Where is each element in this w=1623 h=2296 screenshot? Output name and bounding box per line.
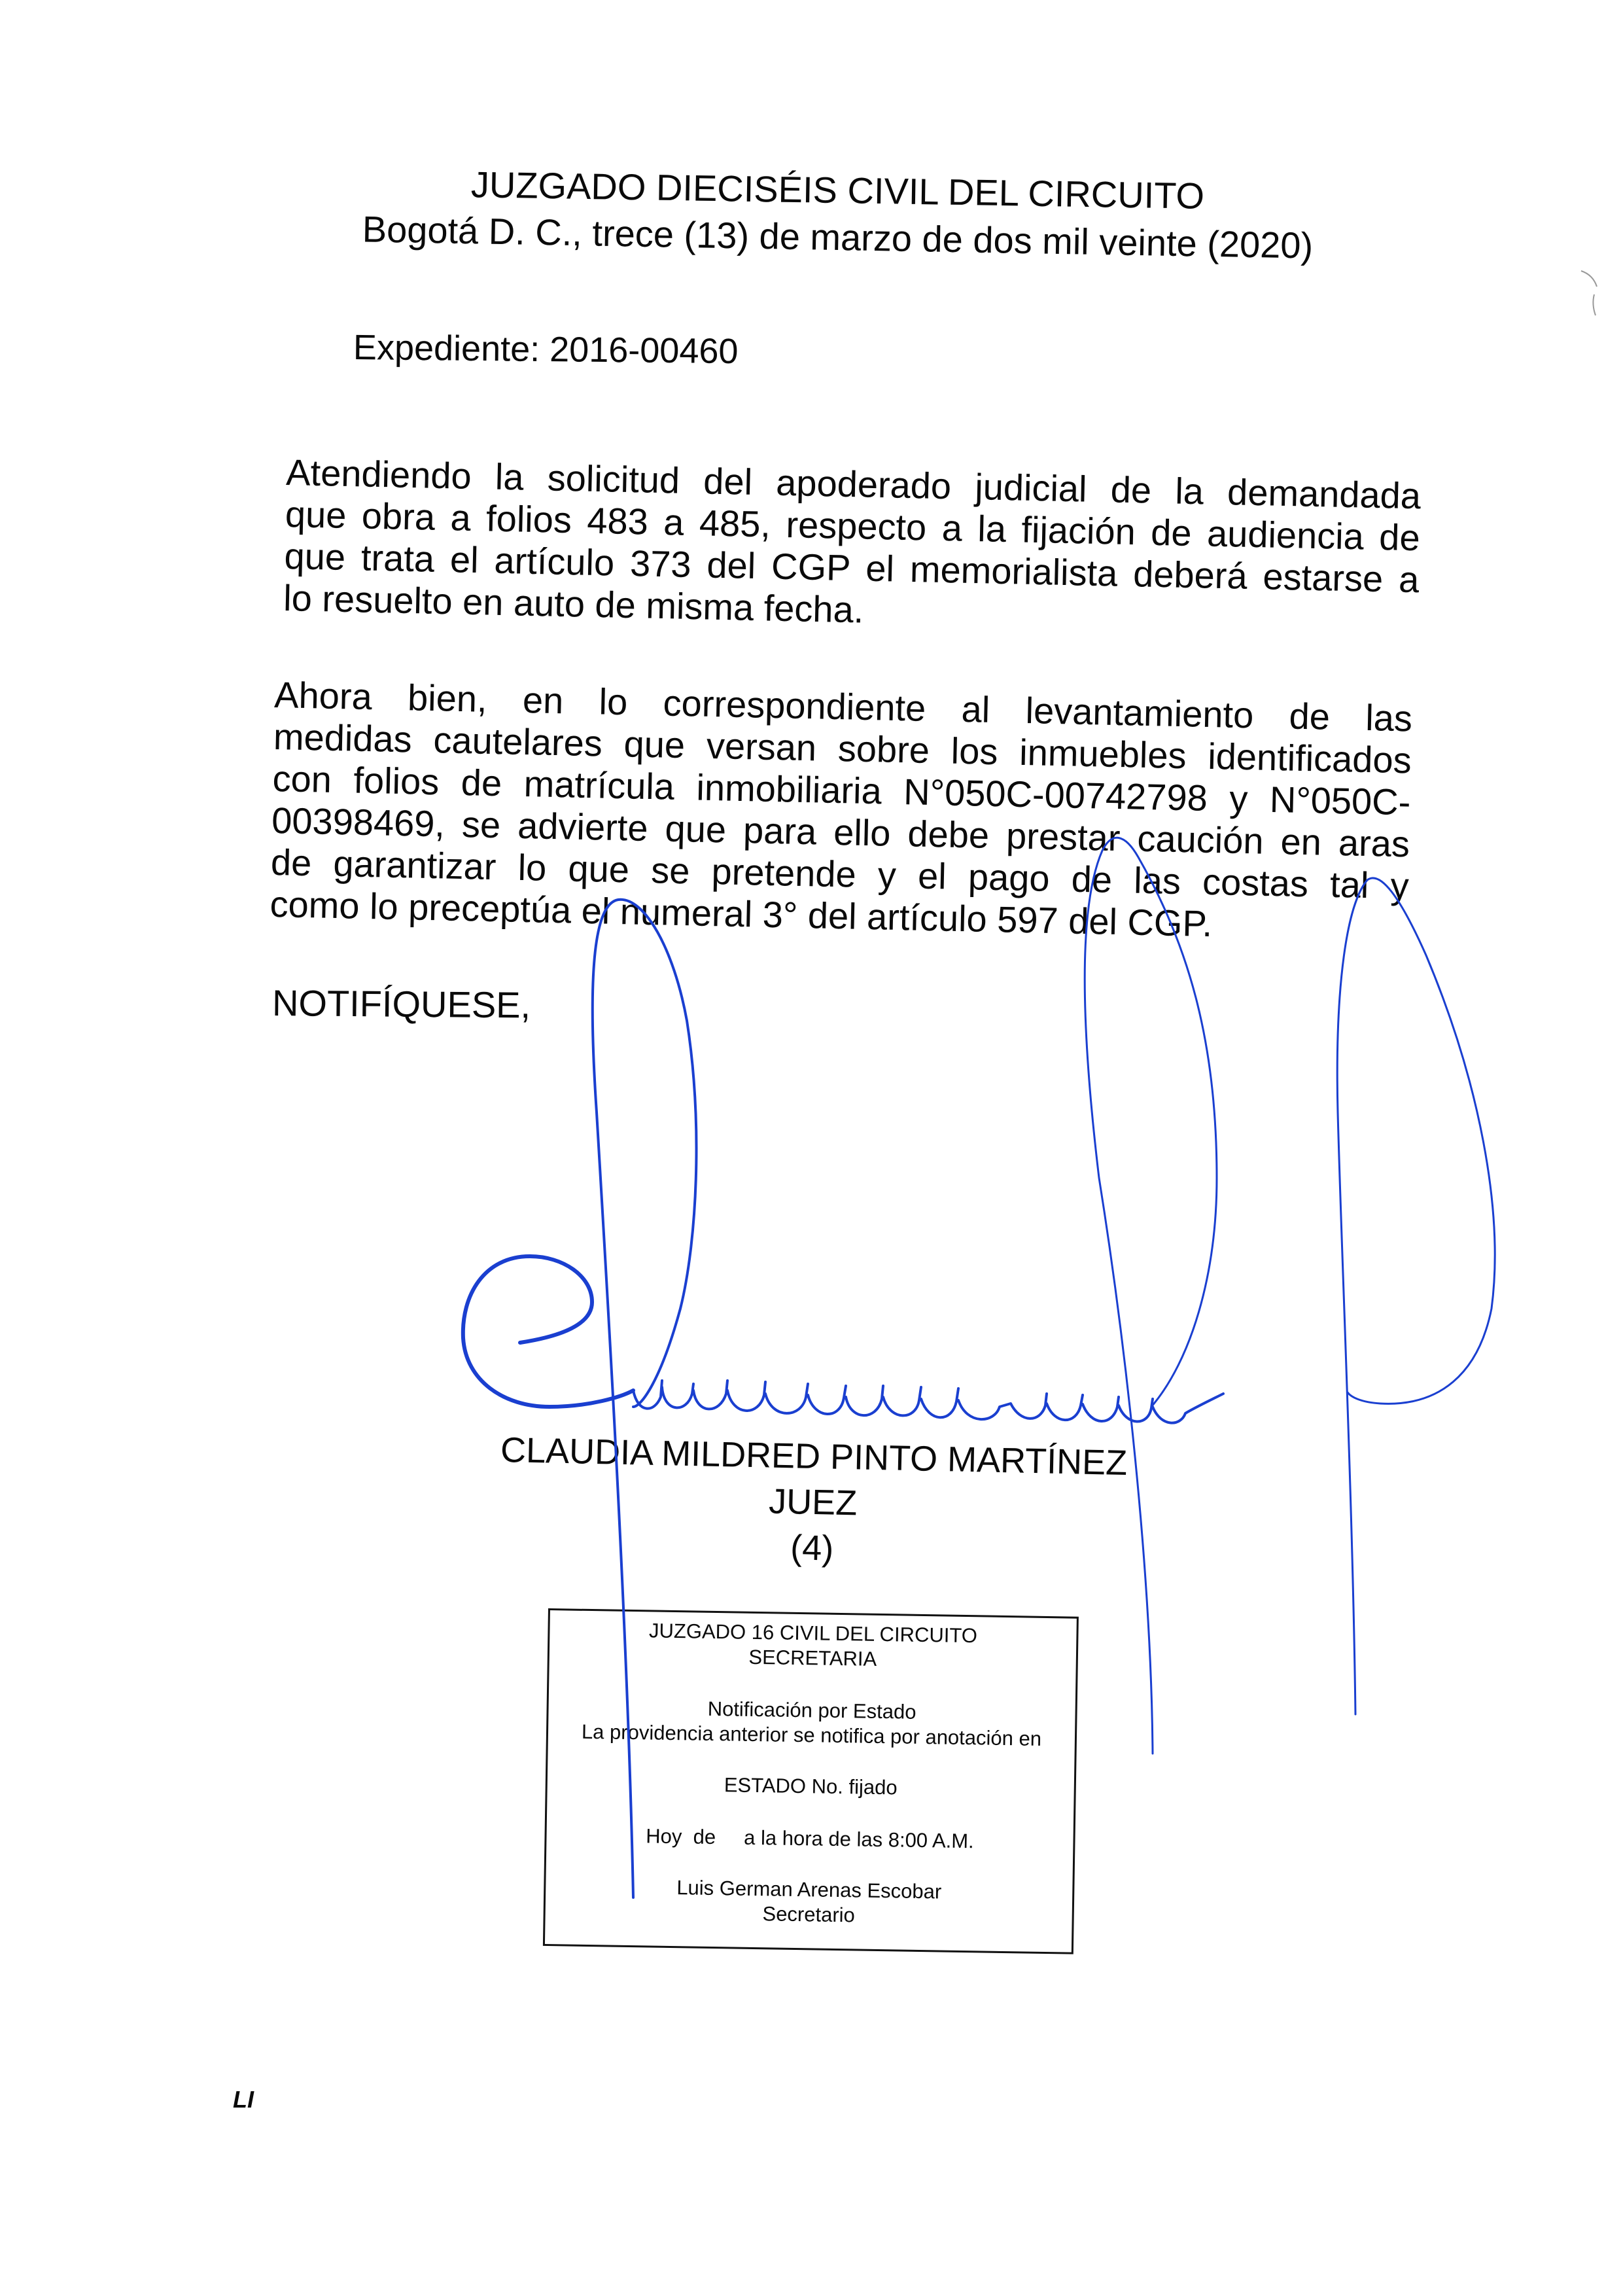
notification-stamp: JUZGADO 16 CIVIL DEL CIRCUITO SECRETARIA… <box>543 1608 1079 1954</box>
footer-initials: LI <box>233 2086 254 2113</box>
stamp-hoy: Hoy de a la hora de las 8:00 A.M. <box>546 1822 1073 1856</box>
case-label: Expediente: <box>353 328 540 369</box>
document-page: JUZGADO DIECISÉIS CIVIL DEL CIRCUITO Bog… <box>0 0 1623 2296</box>
case-value: 2016-00460 <box>550 330 739 371</box>
scan-corner-mark <box>1580 268 1599 321</box>
case-number: Expediente: 2016-00460 <box>353 327 739 372</box>
stamp-estado: ESTADO No. fijado <box>548 1770 1074 1803</box>
handwritten-signature <box>0 0 1623 2296</box>
paragraph-2: Ahora bien, en lo correspondiente al lev… <box>270 674 1413 949</box>
closing-notifiquese: NOTIFÍQUESE, <box>272 981 531 1026</box>
signatory-block: CLAUDIA MILDRED PINTO MARTÍNEZ JUEZ (4) <box>468 1426 1158 1578</box>
paragraph-1: Atendiendo la solicitud del apoderado ju… <box>283 451 1422 643</box>
